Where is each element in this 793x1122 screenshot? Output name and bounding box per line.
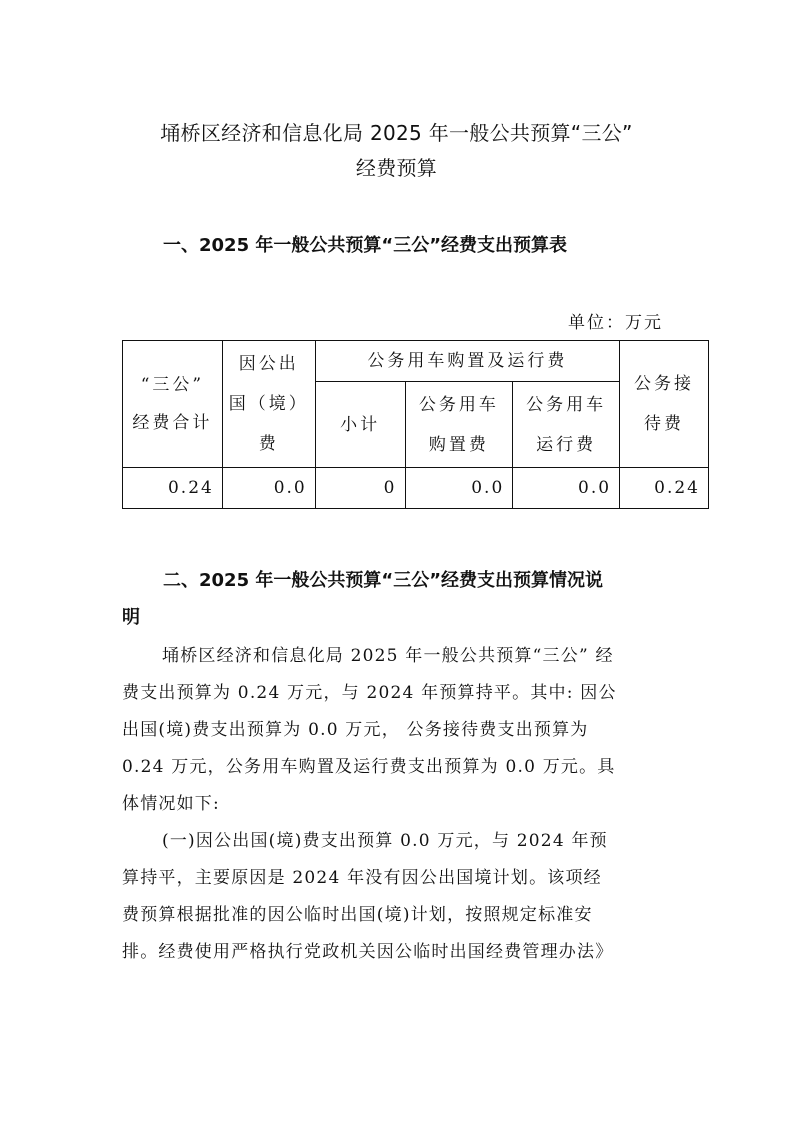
- unit-label: 单位：万元: [568, 308, 663, 333]
- header-vehicle-operation-line2: 运行费: [513, 425, 619, 465]
- cell-total: 0.24: [123, 468, 223, 509]
- header-vehicle-operation-line1: 公务用车: [513, 385, 619, 425]
- section2-title-line2: 明: [122, 603, 140, 629]
- header-total: “三公” 经费合计: [123, 341, 223, 468]
- paragraph-line: 体情况如下:: [122, 786, 708, 823]
- paragraph-line: 出国(境)费支出预算为 0.0 万元， 公务接待费支出预算为: [122, 712, 708, 749]
- paragraph-line: 埇桥区经济和信息化局 2025 年一般公共预算“三公” 经: [122, 638, 708, 675]
- paragraph-line: 0.24 万元，公务用车购置及运行费支出预算为 0.0 万元。具: [122, 749, 708, 786]
- header-vehicle-purchase-line1: 公务用车: [406, 385, 513, 425]
- header-vehicle-purchase: 公务用车 购置费: [405, 382, 513, 468]
- paragraph-line: 排。经费使用严格执行党政机关因公临时出国经费管理办法》: [122, 934, 708, 971]
- cell-subtotal: 0: [315, 468, 405, 509]
- section1-title: 一、2025 年一般公共预算“三公”经费支出预算表: [163, 231, 567, 257]
- paragraph-line: (一)因公出国(境)费支出预算 0.0 万元，与 2024 年预: [122, 823, 708, 860]
- header-total-line2: 经费合计: [123, 404, 222, 442]
- document-title-line1: 埇桥区经济和信息化局 2025 年一般公共预算“三公”: [0, 117, 793, 146]
- header-reception-line1: 公务接: [620, 364, 708, 404]
- three-public-expenses-table: “三公” 经费合计 因公出 国（境） 费 公务用车购置及运行费 公务接 待费 小…: [122, 340, 709, 509]
- header-reception-line2: 待费: [620, 404, 708, 444]
- header-vehicle-purchase-line2: 购置费: [406, 425, 513, 465]
- cell-vehicle-operation: 0.0: [513, 468, 620, 509]
- cell-overseas: 0.0: [222, 468, 315, 509]
- header-subtotal: 小计: [315, 382, 405, 468]
- cell-vehicle-purchase: 0.0: [405, 468, 513, 509]
- header-overseas-line3: 费: [223, 424, 315, 464]
- header-overseas-line2: 国（境）: [223, 384, 315, 424]
- header-total-line1: “三公”: [123, 366, 222, 404]
- paragraph-line: 费预算根据批准的因公临时出国(境)计划，按照规定标准安: [122, 897, 708, 934]
- header-reception: 公务接 待费: [620, 341, 709, 468]
- paragraph-line: 算持平，主要原因是 2024 年没有因公出国境计划。该项经: [122, 860, 708, 897]
- section2-title-line1: 二、2025 年一般公共预算“三公”经费支出预算情况说: [163, 566, 603, 592]
- table-row: 0.24 0.0 0 0.0 0.0 0.24: [123, 468, 709, 509]
- paragraph-line: 费支出预算为 0.24 万元，与 2024 年预算持平。其中: 因公: [122, 675, 708, 712]
- paragraph-summary: 埇桥区经济和信息化局 2025 年一般公共预算“三公” 经 费支出预算为 0.2…: [122, 638, 708, 823]
- header-vehicle-operation: 公务用车 运行费: [513, 382, 620, 468]
- header-vehicle-group: 公务用车购置及运行费: [315, 341, 619, 382]
- document-title-line2: 经费预算: [0, 152, 793, 181]
- header-overseas: 因公出 国（境） 费: [222, 341, 315, 468]
- paragraph-overseas: (一)因公出国(境)费支出预算 0.0 万元，与 2024 年预 算持平，主要原…: [122, 823, 708, 971]
- header-overseas-line1: 因公出: [223, 344, 315, 384]
- cell-reception: 0.24: [620, 468, 709, 509]
